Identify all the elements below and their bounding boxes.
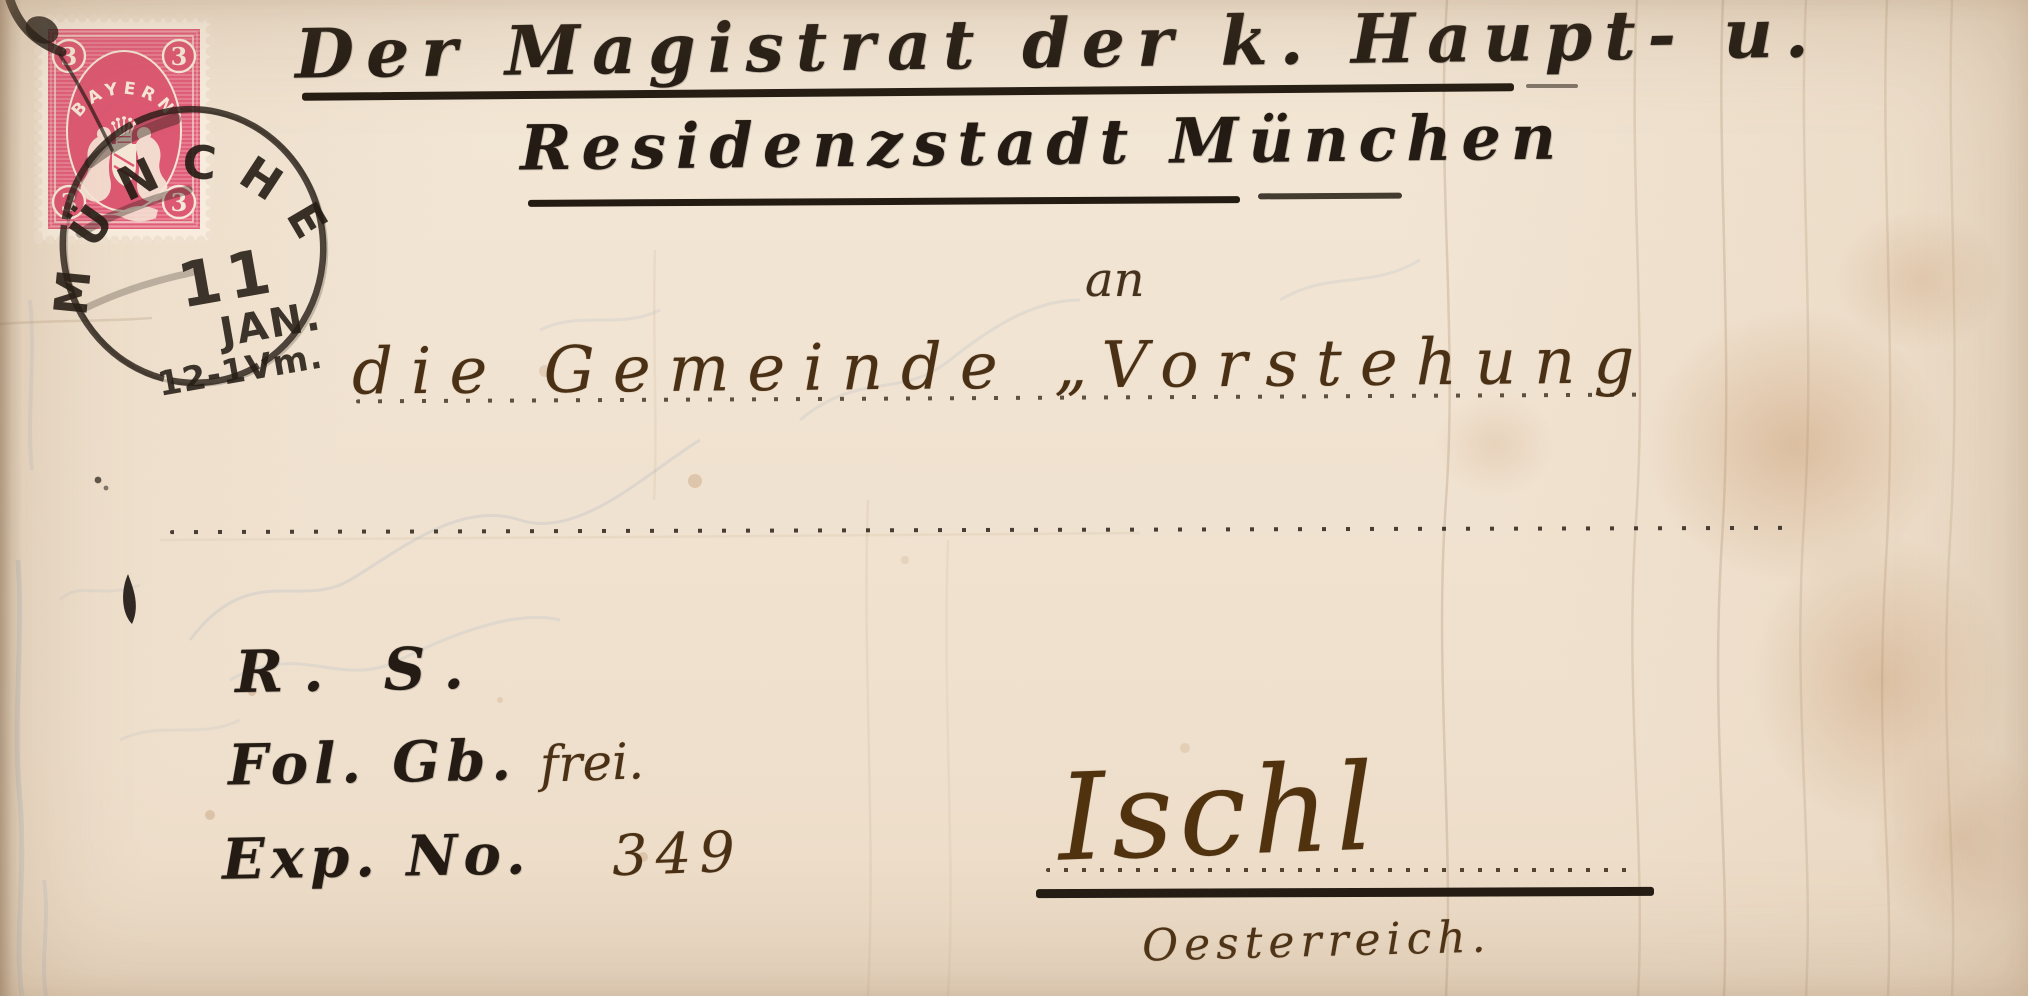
address-line-2: Residenzstadt München — [520, 101, 1567, 186]
destination-dotted-line — [1046, 868, 1634, 872]
office-note-rs: R. S. — [234, 634, 484, 706]
letter-scan: BAYERN ♛ 3 3 3 3 — [0, 0, 2028, 996]
stamp-denomination-tr: 3 — [171, 42, 188, 71]
destination-country: Oesterreich. — [1141, 911, 1492, 971]
office-note-exp: Exp. No. — [221, 821, 531, 892]
ink-blot — [88, 466, 158, 646]
address-underline-2b — [1258, 193, 1402, 200]
address-underline-1-dash — [1526, 84, 1578, 88]
address-preposition: an — [1085, 252, 1145, 308]
office-note-frei: frei. — [539, 732, 645, 794]
office-note-number: 349 — [611, 820, 744, 890]
office-note-fol: Fol. Gb. — [227, 727, 517, 798]
destination-city: Ischl — [1056, 738, 1383, 888]
paper-left-edge — [0, 0, 22, 996]
